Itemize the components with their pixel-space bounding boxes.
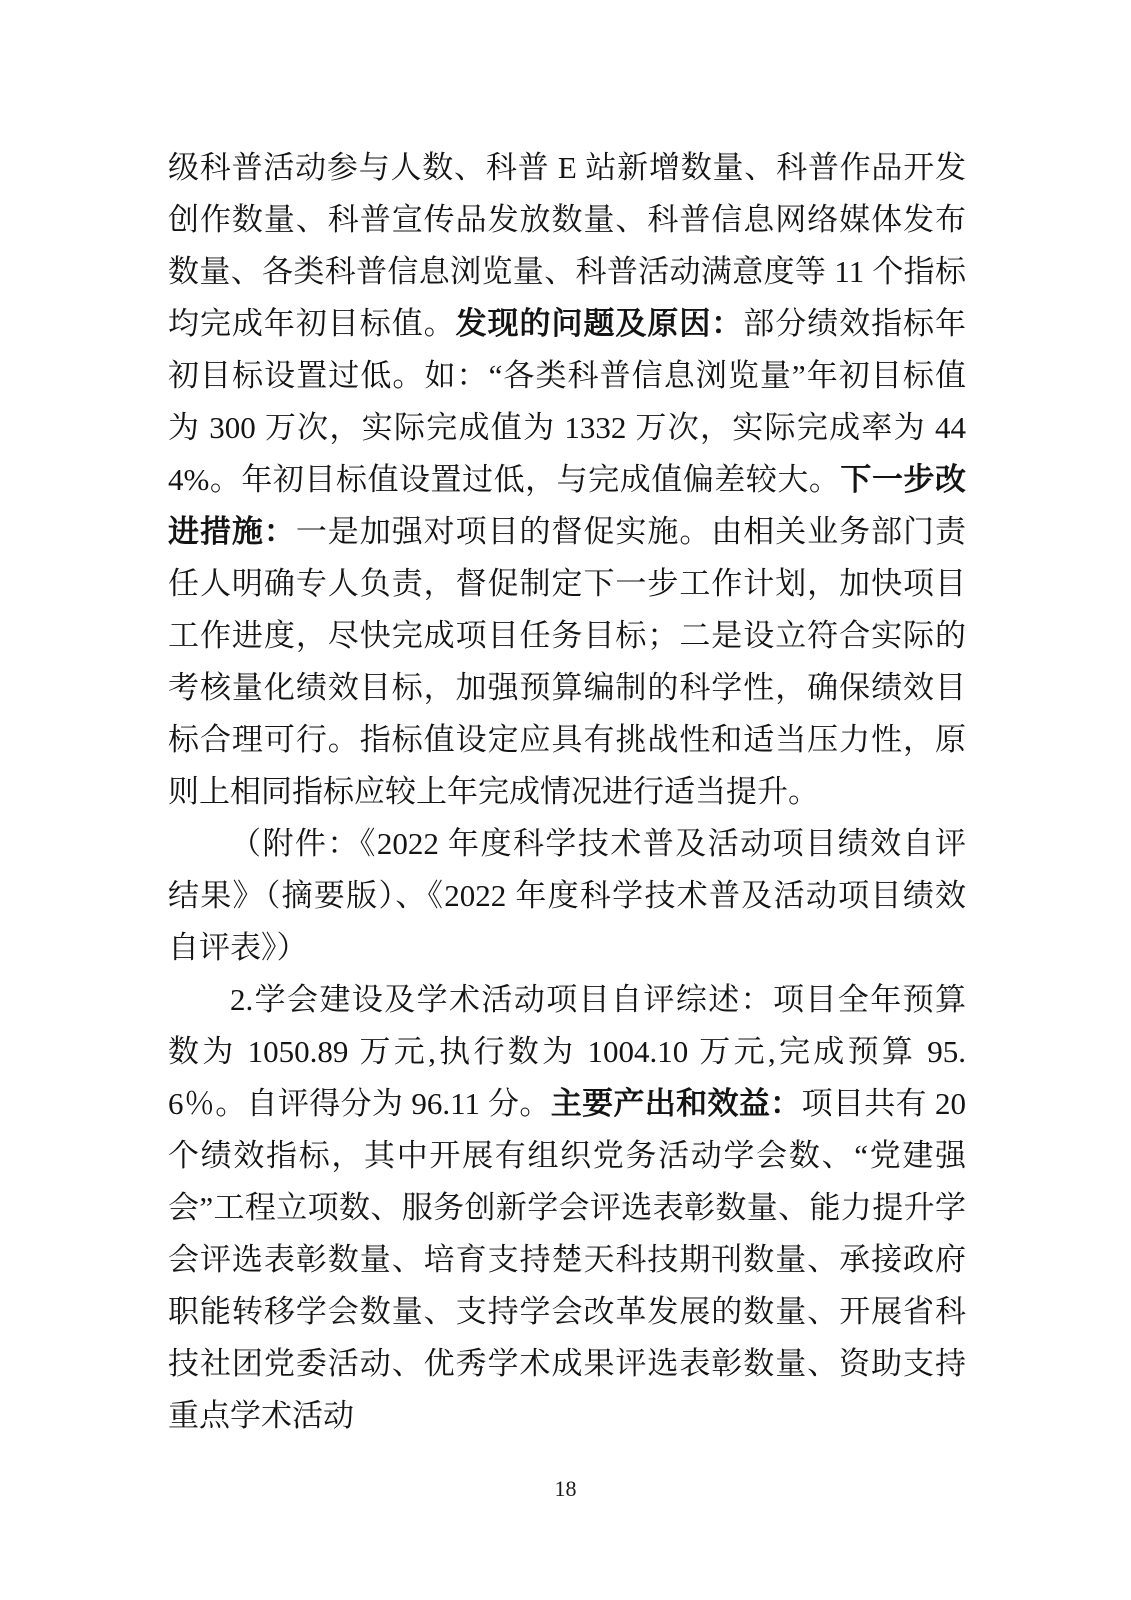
document-page: 级科普活动参与人数、科普 E 站新增数量、科普作品开发创作数量、科普宣传品发放数… (0, 0, 1131, 1600)
text-run: 一是加强对项目的督促实施。由相关业务部门责任人明确专人负责，督促制定下一步工作计… (168, 514, 966, 809)
paragraph: （附件：《2022 年度科学技术普及活动项目绩效自评结果》（摘要版）、《2022… (168, 818, 966, 974)
text-run: 项目共有 20 个绩效指标，其中开展有组织党务活动学会数、“党建强会”工程立项数… (168, 1086, 966, 1433)
page-number: 18 (0, 1474, 1131, 1504)
bold-heading-run: 主要产出和效益： (551, 1086, 802, 1121)
document-body: 级科普活动参与人数、科普 E 站新增数量、科普作品开发创作数量、科普宣传品发放数… (168, 142, 966, 1442)
paragraph: 2.学会建设及学术活动项目自评综述：项目全年预算数为 1050.89 万元,执行… (168, 974, 966, 1442)
paragraph: 级科普活动参与人数、科普 E 站新增数量、科普作品开发创作数量、科普宣传品发放数… (168, 142, 966, 818)
text-run: （附件：《2022 年度科学技术普及活动项目绩效自评结果》（摘要版）、《2022… (168, 826, 966, 965)
bold-heading-run: 发现的问题及原因： (456, 306, 744, 341)
